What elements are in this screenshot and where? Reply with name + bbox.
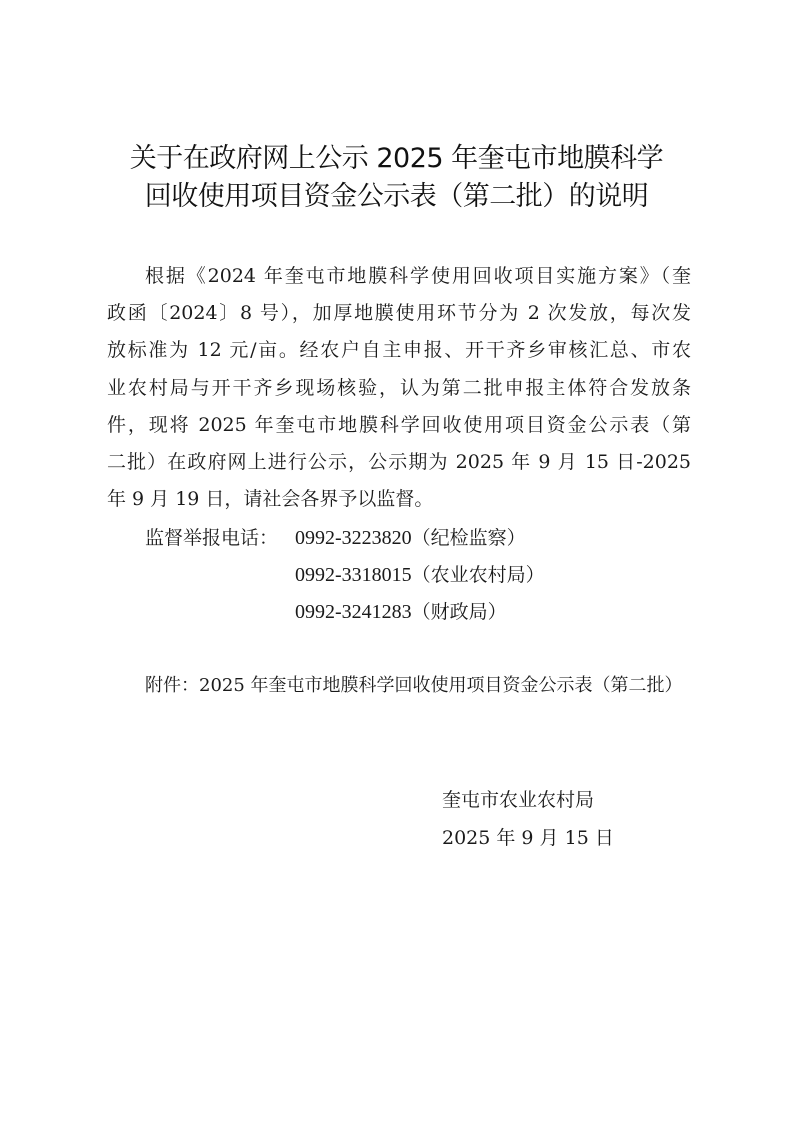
hotline-row-2: 0992-3318015（农业农村局） <box>145 557 545 594</box>
body-line-2: 政函〔2024〕8 号），加厚地膜使用环节分为 2 次发放，每次发 <box>107 295 691 332</box>
hotline-row-3: 0992-3241283（财政局） <box>145 594 545 631</box>
hotline-number: 0992-3241283 <box>295 601 412 623</box>
title-line-2: 回收使用项目资金公示表（第二批）的说明 <box>90 178 703 216</box>
body-line-1: 根据《2024 年奎屯市地膜科学使用回收项目实施方案》（奎 <box>107 258 691 295</box>
hotline-number: 0992-3223820 <box>295 527 412 549</box>
hotline-dept: （财政局） <box>412 601 507 623</box>
document-page: 关于在政府网上公示 2025 年奎屯市地膜科学 回收使用项目资金公示表（第二批）… <box>0 0 793 1122</box>
hotline-block: 监督举报电话：0992-3223820（纪检监察） 0992-3318015（农… <box>145 520 545 631</box>
signature-date: 2025 年 9 月 15 日 <box>442 819 614 857</box>
hotline-number: 0992-3318015 <box>295 564 412 586</box>
hotline-row-1: 监督举报电话：0992-3223820（纪检监察） <box>145 520 545 557</box>
hotline-dept: （农业农村局） <box>412 564 545 586</box>
hotline-label: 监督举报电话： <box>145 520 295 557</box>
body-line-3: 放标准为 12 元/亩。经农户自主申报、开干齐乡审核汇总、市农 <box>107 332 691 369</box>
signature-organization: 奎屯市农业农村局 <box>442 781 614 819</box>
body-paragraph: 根据《2024 年奎屯市地膜科学使用回收项目实施方案》（奎 政函〔2024〕8 … <box>107 258 691 518</box>
signature-block: 奎屯市农业农村局 2025 年 9 月 15 日 <box>442 781 614 857</box>
hotline-dept: （纪检监察） <box>412 527 526 549</box>
body-line-4: 业农村局与开干齐乡现场核验，认为第二批申报主体符合发放条 <box>107 370 691 407</box>
body-line-5: 件，现将 2025 年奎屯市地膜科学回收使用项目资金公示表（第 <box>107 407 691 444</box>
body-line-7: 年 9 月 19 日，请社会各界予以监督。 <box>107 481 691 518</box>
body-line-6: 二批）在政府网上进行公示，公示期为 2025 年 9 月 15 日-2025 <box>107 444 691 481</box>
title-line-1: 关于在政府网上公示 2025 年奎屯市地膜科学 <box>90 140 703 178</box>
document-title: 关于在政府网上公示 2025 年奎屯市地膜科学 回收使用项目资金公示表（第二批）… <box>90 140 703 216</box>
attachment-note: 附件：2025 年奎屯市地膜科学回收使用项目资金公示表（第二批） <box>145 671 683 701</box>
